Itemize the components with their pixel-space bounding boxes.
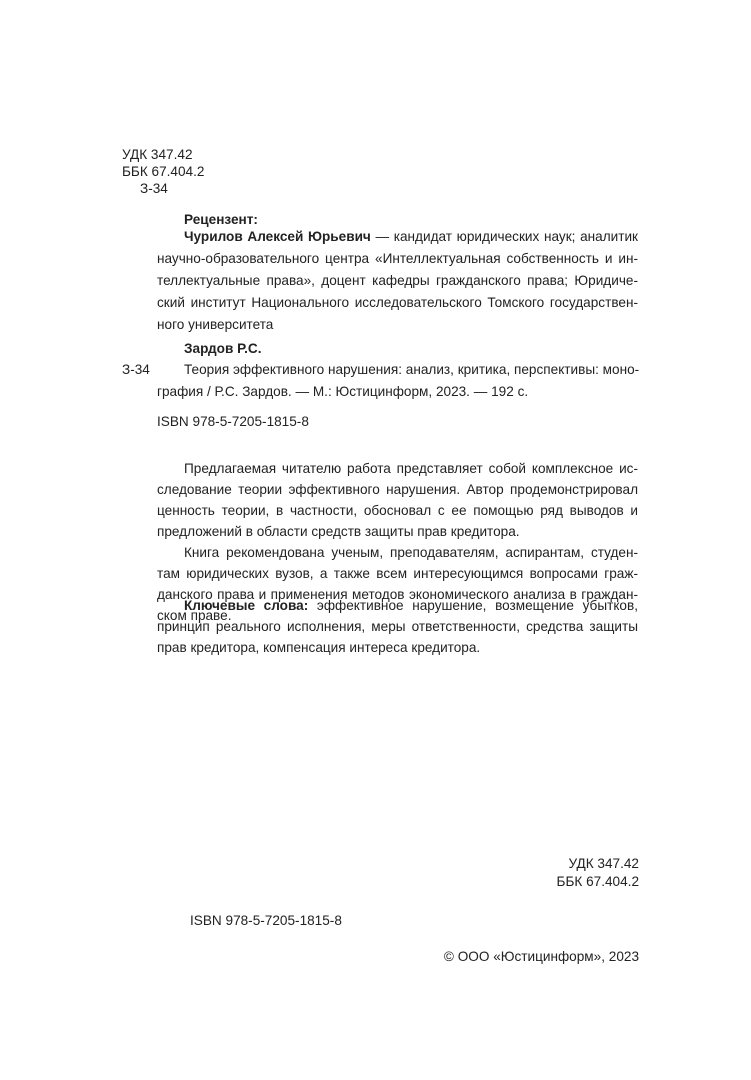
keywords-line-1: Ключевые слова: эффективное нарушение, в… — [184, 598, 638, 613]
reviewer-label: Рецензент: — [184, 212, 258, 227]
bbk-code: ББК 67.404.2 — [122, 164, 204, 179]
udk-code: УДК 347.42 — [122, 147, 193, 162]
footer-isbn: ISBN 978-5-7205-1815-8 — [190, 913, 342, 928]
reviewer-line-3: теллектуальные права», доцент кафедры гр… — [157, 273, 638, 288]
reviewer-line-1: Чурилов Алексей Юрьевич — кандидат юриди… — [184, 229, 638, 244]
isbn: ISBN 978-5-7205-1815-8 — [157, 414, 309, 429]
copyright: © ООО «Юстицинформ», 2023 — [444, 949, 639, 964]
keywords-line-3: прав кредитора, компенсация интереса кре… — [157, 640, 480, 655]
abstract-line-1: Предлагаемая читателю работа представляе… — [184, 461, 638, 476]
keywords-line-2: принцип реального исполнения, меры ответ… — [157, 619, 638, 634]
footer-udk: УДК 347.42 — [568, 856, 639, 871]
keywords-label: Ключевые слова: — [184, 598, 308, 613]
bib-line-2: графия / Р.С. Зардов. — М.: Юстицинформ,… — [157, 384, 528, 399]
abstract-line-5: Книга рекомендована ученым, преподавател… — [184, 545, 638, 560]
reviewer-name: Чурилов Алексей Юрьевич — [184, 229, 371, 244]
reviewer-line-2: научно-образовательного центра «Интеллек… — [157, 251, 638, 266]
book-author: Зардов Р.С. — [184, 341, 262, 356]
author-sign: З-34 — [140, 181, 168, 196]
reviewer-line-4: ский институт Национального исследовател… — [157, 295, 638, 310]
abstract-line-4: предложений в области средств защиты пра… — [157, 524, 520, 539]
reviewer-line-5: ного университета — [157, 317, 273, 332]
footer-bbk: ББК 67.404.2 — [557, 874, 639, 889]
abstract-line-6: там юридических вузов, а также всем инте… — [157, 566, 638, 581]
abstract-line-3: ценность теории, в частности, обосновал … — [157, 503, 638, 518]
bib-line-1: Теория эффективного нарушения: анализ, к… — [184, 362, 638, 377]
abstract-line-2: следование теории эффективного нарушения… — [157, 482, 638, 497]
bib-sign: З-34 — [122, 362, 150, 377]
